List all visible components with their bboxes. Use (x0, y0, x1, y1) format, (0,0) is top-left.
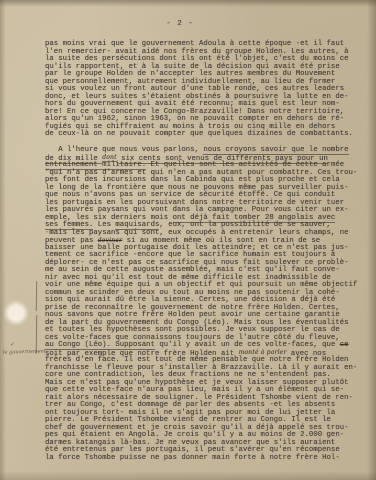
annotated-text-segment: deviner (98, 237, 122, 244)
typed-text-segment: de ceux-là on ne pouvait compter que que… (45, 130, 353, 138)
typed-text-segment: qu'il y avait un de ces volte-faces, que (155, 341, 340, 349)
typed-text-segment: A l'heure que nous vous parlons, (45, 146, 203, 154)
typed-line: -mais les paysans qui sont, eux occupés … (45, 230, 365, 238)
typed-paragraph-1: pas moins vrai que le gouvernement Adoul… (45, 41, 365, 139)
page-number: - 2 - (0, 20, 360, 28)
typed-text-segment: mais les paysans qui sont, eux occupés à… (49, 229, 348, 237)
typed-line: A l'heure que nous vous parlons, nous cr… (45, 147, 365, 155)
annotated-text-segment: monté à parler (239, 349, 287, 356)
typed-line: la force Tshombe puisse ne pas donner ma… (45, 455, 365, 463)
typed-paragraph-2: A l'heure que nous vous parlons, nous cr… (45, 147, 365, 462)
pencil-margin-line-upper (36, 281, 38, 311)
pencil-checkmark: ✓ (10, 341, 15, 348)
annotated-text-segment: ce (340, 341, 349, 349)
handwritten-margin-note: le gouvernement (3, 348, 49, 355)
scanned-document-page: - 2 - pas moins vrai que le gouvernement… (0, 0, 376, 480)
annotated-text-segment: dont (102, 154, 117, 162)
typed-text-segment: la force Tshombe puisse ne pas donner ma… (45, 454, 340, 462)
annotated-text-segment: nous croyons savoir que le nombre (203, 146, 348, 155)
typed-line: de ceux-là on ne pouvait compter que que… (45, 131, 365, 139)
typed-line: au Congo (Léo). Supposant qu'il y avait … (45, 342, 365, 350)
